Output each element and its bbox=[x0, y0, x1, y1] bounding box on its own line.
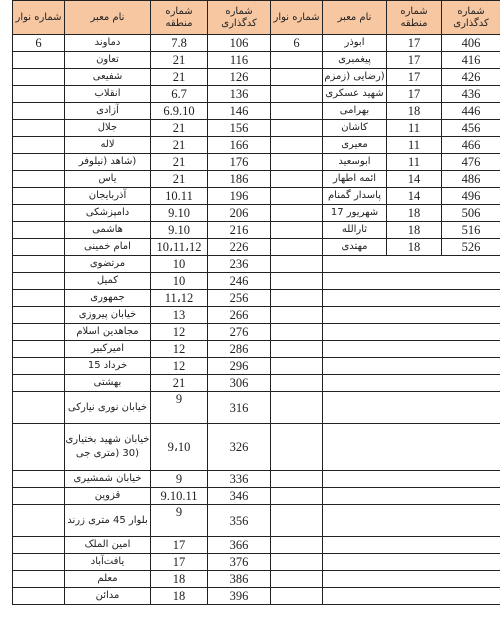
table-row: خیابان شهید بختیاری (30 (متری جی9،10326 bbox=[13, 424, 500, 471]
right-code-no-cell: 456 bbox=[442, 120, 500, 137]
table-row: جلال21156کاشان11456 bbox=[13, 120, 500, 137]
left-street-name-cell: آزادی bbox=[65, 103, 151, 120]
right-tape-no-empty-cell bbox=[271, 256, 323, 273]
right-tape-no-empty-cell bbox=[271, 554, 323, 571]
left-code-no-cell: 206 bbox=[208, 205, 271, 222]
left-region-no-cell: 7.8 bbox=[151, 35, 208, 52]
right-street-name-cell: ابوسعید bbox=[323, 154, 387, 171]
left-code-no-cell: 336 bbox=[208, 471, 271, 488]
left-tape-no-cell bbox=[13, 120, 65, 137]
table-row: خیابان نوری نیارکی9316 bbox=[13, 392, 500, 424]
left-region-no-cell: 10 bbox=[151, 273, 208, 290]
table-row: دامپزشکی9.10206شهریور 1718506 bbox=[13, 205, 500, 222]
right-empty-cell bbox=[323, 505, 500, 537]
right-empty-cell bbox=[323, 424, 500, 471]
left-street-name-cell: (شاهد (نیلوفر bbox=[65, 154, 151, 171]
left-street-name-cell: تعاون bbox=[65, 52, 151, 69]
right-code-no-cell: 506 bbox=[442, 205, 500, 222]
left-street-name-cell: شفیعی bbox=[65, 69, 151, 86]
left-code-no-cell: 376 bbox=[208, 554, 271, 571]
left-street-name-cell: امام خمینی bbox=[65, 239, 151, 256]
left-code-no-cell: 226 bbox=[208, 239, 271, 256]
right-tape-no-cell bbox=[271, 86, 323, 103]
left-code-no-cell: 396 bbox=[208, 588, 271, 605]
right-code-no-cell: 486 bbox=[442, 171, 500, 188]
left-region-no-cell: 10 bbox=[151, 256, 208, 273]
right-empty-cell bbox=[323, 256, 500, 273]
left-tape-no-cell bbox=[13, 239, 65, 256]
table-row: مجاهدین اسلام12276 bbox=[13, 324, 500, 341]
right-region-no-cell: 14 bbox=[387, 188, 442, 205]
table-row: آزادی6.9.10146بهرامی18446 bbox=[13, 103, 500, 120]
left-tape-no-cell bbox=[13, 537, 65, 554]
left-code-no-cell: 276 bbox=[208, 324, 271, 341]
table-row: 6دماوند7.81066ابوذر17406 bbox=[13, 35, 500, 52]
left-region-no-cell: 21 bbox=[151, 120, 208, 137]
left-code-no-cell: 316 bbox=[208, 392, 271, 424]
right-tape-no-empty-cell bbox=[271, 324, 323, 341]
left-street-name-cell: دماوند bbox=[65, 35, 151, 52]
left-region-no-cell: 9.10.11 bbox=[151, 488, 208, 505]
table-row: آذربایجان10.11196پاسدار گمنام14496 bbox=[13, 188, 500, 205]
table-row: انقلاب6.7136شهید عسکری17436 bbox=[13, 86, 500, 103]
left-code-no-cell: 256 bbox=[208, 290, 271, 307]
right-empty-cell bbox=[323, 392, 500, 424]
left-region-no-cell: 18 bbox=[151, 588, 208, 605]
right-empty-cell bbox=[323, 554, 500, 571]
right-street-name-cell: ابوذر bbox=[323, 35, 387, 52]
table-row: امام خمینی10،11،12226مهتدی18526 bbox=[13, 239, 500, 256]
left-street-name-cell: انقلاب bbox=[65, 86, 151, 103]
right-empty-cell bbox=[323, 273, 500, 290]
right-tape-no-empty-cell bbox=[271, 505, 323, 537]
table-row: کمیل10246 bbox=[13, 273, 500, 290]
right-street-name-cell: مهتدی bbox=[323, 239, 387, 256]
left-street-name-cell: بلوار 45 متری زرند bbox=[65, 505, 151, 537]
left-code-no-cell: 216 bbox=[208, 222, 271, 239]
right-tape-no-cell bbox=[271, 205, 323, 222]
left-region-no-cell: 9 bbox=[151, 471, 208, 488]
right-tape-no-empty-cell bbox=[271, 537, 323, 554]
left-code-no-cell: 246 bbox=[208, 273, 271, 290]
left-tape-no-cell bbox=[13, 69, 65, 86]
right-tape-no-cell bbox=[271, 52, 323, 69]
left-code-no-cell: 166 bbox=[208, 137, 271, 154]
left-tape-no-cell bbox=[13, 488, 65, 505]
right-empty-cell bbox=[323, 375, 500, 392]
right-empty-cell bbox=[323, 537, 500, 554]
left-code-no-cell: 116 bbox=[208, 52, 271, 69]
left-street-name-cell: جمهوری bbox=[65, 290, 151, 307]
right-empty-cell bbox=[323, 471, 500, 488]
right-code-no-cell: 466 bbox=[442, 137, 500, 154]
right-tape-no-empty-cell bbox=[271, 588, 323, 605]
left-street-name-cell: امین الملک bbox=[65, 537, 151, 554]
table-row: خیابان شمشیری9336 bbox=[13, 471, 500, 488]
left-code-no-cell: 186 bbox=[208, 171, 271, 188]
left-region-no-cell: 21 bbox=[151, 69, 208, 86]
right-region-no-cell: 18 bbox=[387, 103, 442, 120]
table-row: مدائن18396 bbox=[13, 588, 500, 605]
right-tape-no-cell bbox=[271, 137, 323, 154]
left-street-name-cell: خیابان پیروزی bbox=[65, 307, 151, 324]
left-street-name-cell: بهشتی bbox=[65, 375, 151, 392]
table-row: لاله21166معیری11466 bbox=[13, 137, 500, 154]
header-right-region-no: شماره منطقه bbox=[387, 1, 442, 35]
left-tape-no-cell bbox=[13, 588, 65, 605]
left-region-no-cell: 9 bbox=[151, 505, 208, 537]
left-street-name-cell: قزوین bbox=[65, 488, 151, 505]
right-tape-no-empty-cell bbox=[271, 571, 323, 588]
header-left-region-no: شماره منطقه bbox=[151, 1, 208, 35]
right-street-name-cell: پاسدار گمنام bbox=[323, 188, 387, 205]
left-region-no-cell: 12 bbox=[151, 324, 208, 341]
table-row: امیرکبیر12286 bbox=[13, 341, 500, 358]
left-street-name-cell: خیابان نوری نیارکی bbox=[65, 392, 151, 424]
right-region-no-cell: 11 bbox=[387, 154, 442, 171]
header-left-tape-no: شماره نوار bbox=[13, 1, 65, 35]
right-empty-cell bbox=[323, 588, 500, 605]
left-code-no-cell: 356 bbox=[208, 505, 271, 537]
right-empty-cell bbox=[323, 488, 500, 505]
right-empty-cell bbox=[323, 307, 500, 324]
right-street-name-cell: (رضایی (زمزم bbox=[323, 69, 387, 86]
table-row: شفیعی21126(رضایی (زمزم17426 bbox=[13, 69, 500, 86]
right-region-no-cell: 11 bbox=[387, 120, 442, 137]
right-region-no-cell: 18 bbox=[387, 239, 442, 256]
table-row: خرداد 1512296 bbox=[13, 358, 500, 375]
left-region-no-cell: 17 bbox=[151, 554, 208, 571]
left-region-no-cell: 9،10 bbox=[151, 424, 208, 471]
header-row: شماره نوار نام معبر شماره منطقه شماره کد… bbox=[13, 1, 500, 35]
header-right-street-name: نام معبر bbox=[323, 1, 387, 35]
left-code-no-cell: 286 bbox=[208, 341, 271, 358]
left-region-no-cell: 21 bbox=[151, 52, 208, 69]
right-region-no-cell: 17 bbox=[387, 35, 442, 52]
right-region-no-cell: 11 bbox=[387, 137, 442, 154]
left-region-no-cell: 12 bbox=[151, 341, 208, 358]
left-tape-no-cell bbox=[13, 222, 65, 239]
right-street-name-cell: بهرامی bbox=[323, 103, 387, 120]
right-code-no-cell: 446 bbox=[442, 103, 500, 120]
table-row: بلوار 45 متری زرند9356 bbox=[13, 505, 500, 537]
right-region-no-cell: 17 bbox=[387, 52, 442, 69]
left-tape-no-cell bbox=[13, 137, 65, 154]
left-code-no-cell: 366 bbox=[208, 537, 271, 554]
left-tape-no-cell bbox=[13, 358, 65, 375]
table-row: امین الملک17366 bbox=[13, 537, 500, 554]
left-street-name-cell: یافت‌آباد bbox=[65, 554, 151, 571]
right-street-name-cell: شهید عسکری bbox=[323, 86, 387, 103]
left-region-no-cell: 10،11،12 bbox=[151, 239, 208, 256]
left-tape-no-cell bbox=[13, 52, 65, 69]
right-code-no-cell: 496 bbox=[442, 188, 500, 205]
right-tape-no-cell bbox=[271, 120, 323, 137]
table-row: هاشمی9.10216ثارالله18516 bbox=[13, 222, 500, 239]
left-region-no-cell: 21 bbox=[151, 137, 208, 154]
right-code-no-cell: 426 bbox=[442, 69, 500, 86]
left-code-no-cell: 266 bbox=[208, 307, 271, 324]
left-street-name-cell: لاله bbox=[65, 137, 151, 154]
left-tape-no-cell bbox=[13, 505, 65, 537]
right-tape-no-cell bbox=[271, 171, 323, 188]
left-code-no-cell: 136 bbox=[208, 86, 271, 103]
right-tape-no-empty-cell bbox=[271, 307, 323, 324]
table-row: جمهوری11،12256 bbox=[13, 290, 500, 307]
right-tape-no-empty-cell bbox=[271, 488, 323, 505]
right-empty-cell bbox=[323, 341, 500, 358]
right-tape-no-cell bbox=[271, 239, 323, 256]
left-region-no-cell: 21 bbox=[151, 375, 208, 392]
header-left-street-name: نام معبر bbox=[65, 1, 151, 35]
street-code-table: شماره نوار نام معبر شماره منطقه شماره کد… bbox=[12, 0, 500, 605]
right-region-no-cell: 17 bbox=[387, 86, 442, 103]
table-row: معلم18386 bbox=[13, 571, 500, 588]
right-tape-no-cell bbox=[271, 69, 323, 86]
right-code-no-cell: 416 bbox=[442, 52, 500, 69]
right-region-no-cell: 18 bbox=[387, 222, 442, 239]
left-tape-no-cell bbox=[13, 375, 65, 392]
left-region-no-cell: 12 bbox=[151, 358, 208, 375]
left-street-name-cell: معلم bbox=[65, 571, 151, 588]
left-tape-no-cell: 6 bbox=[13, 35, 65, 52]
left-tape-no-cell bbox=[13, 392, 65, 424]
right-region-no-cell: 18 bbox=[387, 205, 442, 222]
left-street-name-cell: جلال bbox=[65, 120, 151, 137]
left-region-no-cell: 10.11 bbox=[151, 188, 208, 205]
left-region-no-cell: 18 bbox=[151, 571, 208, 588]
right-tape-no-cell bbox=[271, 103, 323, 120]
right-code-no-cell: 436 bbox=[442, 86, 500, 103]
left-code-no-cell: 106 bbox=[208, 35, 271, 52]
right-code-no-cell: 516 bbox=[442, 222, 500, 239]
right-tape-no-cell: 6 bbox=[271, 35, 323, 52]
left-region-no-cell: 6.9.10 bbox=[151, 103, 208, 120]
left-code-no-cell: 386 bbox=[208, 571, 271, 588]
left-code-no-cell: 126 bbox=[208, 69, 271, 86]
left-tape-no-cell bbox=[13, 154, 65, 171]
left-street-name-cell: دامپزشکی bbox=[65, 205, 151, 222]
right-region-no-cell: 17 bbox=[387, 69, 442, 86]
left-street-name-cell: مرتضوی bbox=[65, 256, 151, 273]
table-row: یافت‌آباد17376 bbox=[13, 554, 500, 571]
left-tape-no-cell bbox=[13, 103, 65, 120]
right-tape-no-empty-cell bbox=[271, 341, 323, 358]
right-street-name-cell: شهریور 17 bbox=[323, 205, 387, 222]
right-tape-no-cell bbox=[271, 222, 323, 239]
left-street-name-cell: هاشمی bbox=[65, 222, 151, 239]
left-code-no-cell: 346 bbox=[208, 488, 271, 505]
right-tape-no-cell bbox=[271, 188, 323, 205]
left-code-no-cell: 306 bbox=[208, 375, 271, 392]
left-region-no-cell: 6.7 bbox=[151, 86, 208, 103]
left-tape-no-cell bbox=[13, 324, 65, 341]
right-street-name-cell: ائمه اطهار bbox=[323, 171, 387, 188]
table-row: یاس21186ائمه اطهار14486 bbox=[13, 171, 500, 188]
right-street-name-cell: معیری bbox=[323, 137, 387, 154]
left-tape-no-cell bbox=[13, 188, 65, 205]
left-code-no-cell: 176 bbox=[208, 154, 271, 171]
left-tape-no-cell bbox=[13, 471, 65, 488]
left-tape-no-cell bbox=[13, 273, 65, 290]
left-street-name-cell: خرداد 15 bbox=[65, 358, 151, 375]
right-tape-no-empty-cell bbox=[271, 471, 323, 488]
left-tape-no-cell bbox=[13, 571, 65, 588]
left-tape-no-cell bbox=[13, 86, 65, 103]
left-region-no-cell: 13 bbox=[151, 307, 208, 324]
left-street-name-cell: مجاهدین اسلام bbox=[65, 324, 151, 341]
table-row: بهشتی21306 bbox=[13, 375, 500, 392]
right-empty-cell bbox=[323, 290, 500, 307]
left-region-no-cell: 21 bbox=[151, 154, 208, 171]
header-right-code-no: شماره کدگذاری bbox=[442, 1, 500, 35]
left-tape-no-cell bbox=[13, 554, 65, 571]
left-code-no-cell: 196 bbox=[208, 188, 271, 205]
left-tape-no-cell bbox=[13, 424, 65, 471]
left-street-name-cell: یاس bbox=[65, 171, 151, 188]
left-tape-no-cell bbox=[13, 205, 65, 222]
table-row: خیابان پیروزی13266 bbox=[13, 307, 500, 324]
right-tape-no-empty-cell bbox=[271, 424, 323, 471]
right-code-no-cell: 526 bbox=[442, 239, 500, 256]
table-row: قزوین9.10.11346 bbox=[13, 488, 500, 505]
right-street-name-cell: پیغمبری bbox=[323, 52, 387, 69]
left-street-name-cell: مدائن bbox=[65, 588, 151, 605]
right-street-name-cell: کاشان bbox=[323, 120, 387, 137]
left-tape-no-cell bbox=[13, 171, 65, 188]
left-code-no-cell: 296 bbox=[208, 358, 271, 375]
right-tape-no-empty-cell bbox=[271, 358, 323, 375]
left-region-no-cell: 11،12 bbox=[151, 290, 208, 307]
left-code-no-cell: 236 bbox=[208, 256, 271, 273]
table-row: مرتضوی10236 bbox=[13, 256, 500, 273]
right-tape-no-cell bbox=[271, 154, 323, 171]
right-empty-cell bbox=[323, 358, 500, 375]
right-tape-no-empty-cell bbox=[271, 290, 323, 307]
header-left-code-no: شماره کدگذاری bbox=[208, 1, 271, 35]
left-code-no-cell: 326 bbox=[208, 424, 271, 471]
left-code-no-cell: 146 bbox=[208, 103, 271, 120]
table-row: (شاهد (نیلوفر21176ابوسعید11476 bbox=[13, 154, 500, 171]
right-code-no-cell: 406 bbox=[442, 35, 500, 52]
left-street-name-cell: کمیل bbox=[65, 273, 151, 290]
left-code-no-cell: 156 bbox=[208, 120, 271, 137]
table-row: تعاون21116پیغمبری17416 bbox=[13, 52, 500, 69]
left-region-no-cell: 9.10 bbox=[151, 205, 208, 222]
left-region-no-cell: 21 bbox=[151, 171, 208, 188]
right-empty-cell bbox=[323, 324, 500, 341]
left-region-no-cell: 9.10 bbox=[151, 222, 208, 239]
left-region-no-cell: 9 bbox=[151, 392, 208, 424]
left-tape-no-cell bbox=[13, 290, 65, 307]
left-street-name-cell: خیابان شمشیری bbox=[65, 471, 151, 488]
left-tape-no-cell bbox=[13, 256, 65, 273]
header-right-tape-no: شماره نوار bbox=[271, 1, 323, 35]
right-region-no-cell: 14 bbox=[387, 171, 442, 188]
right-code-no-cell: 476 bbox=[442, 154, 500, 171]
left-region-no-cell: 17 bbox=[151, 537, 208, 554]
left-street-name-cell: آذربایجان bbox=[65, 188, 151, 205]
right-tape-no-empty-cell bbox=[271, 273, 323, 290]
left-tape-no-cell bbox=[13, 341, 65, 358]
left-street-name-cell: خیابان شهید بختیاری (30 (متری جی bbox=[65, 424, 151, 471]
left-tape-no-cell bbox=[13, 307, 65, 324]
right-street-name-cell: ثارالله bbox=[323, 222, 387, 239]
left-street-name-cell: امیرکبیر bbox=[65, 341, 151, 358]
right-empty-cell bbox=[323, 571, 500, 588]
right-tape-no-empty-cell bbox=[271, 375, 323, 392]
right-tape-no-empty-cell bbox=[271, 392, 323, 424]
